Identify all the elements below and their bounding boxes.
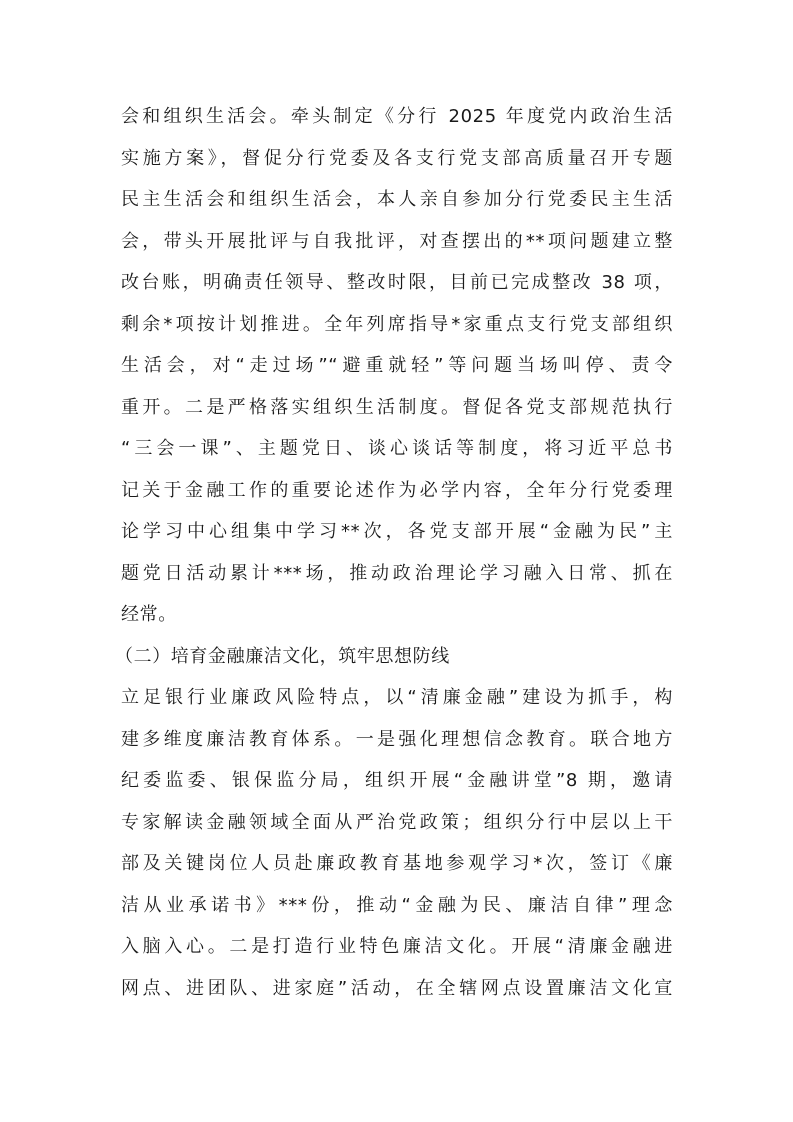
text-line: 部及关键岗位人员赴廉政教育基地参观学习*次，签订《廉 (121, 843, 673, 885)
text-line: 入脑入心。二是打造行业特色廉洁文化。开展“清廉金融进 (121, 926, 673, 968)
text-line: 网点、进团队、进家庭”活动，在全辖网点设置廉洁文化宣 (121, 968, 673, 1010)
text-line: 经常。 (121, 594, 673, 636)
section-heading: （二）培育金融廉洁文化，筑牢思想防线 (115, 636, 673, 678)
text-line: 会和组织生活会。牵头制定《分行 2025 年度党内政治生活 (121, 96, 673, 138)
text-line: 民主生活会和组织生活会，本人亲自参加分行党委民主生活 (121, 179, 673, 221)
document-body: 会和组织生活会。牵头制定《分行 2025 年度党内政治生活 实施方案》，督促分行… (121, 96, 673, 1009)
text-line: 生活会，对“走过场”“避重就轻”等问题当场叫停、责令 (121, 345, 673, 387)
text-line: 题党日活动累计***场，推动政治理论学习融入日常、抓在 (121, 553, 673, 595)
text-line: 重开。二是严格落实组织生活制度。督促各党支部规范执行 (121, 387, 673, 429)
text-line: 洁从业承诺书》***份，推动“金融为民、廉洁自律”理念 (121, 885, 673, 927)
text-line: 立足银行业廉政风险特点，以“清廉金融”建设为抓手，构 (121, 677, 673, 719)
text-line: 专家解读金融领域全面从严治党政策；组织分行中层以上干 (121, 802, 673, 844)
text-line: 记关于金融工作的重要论述作为必学内容，全年分行党委理 (121, 470, 673, 512)
text-line: 论学习中心组集中学习**次，各党支部开展“金融为民”主 (121, 511, 673, 553)
document-page: 会和组织生活会。牵头制定《分行 2025 年度党内政治生活 实施方案》，督促分行… (0, 0, 793, 1122)
text-line: 会，带头开展批评与自我批评，对查摆出的**项问题建立整 (121, 221, 673, 263)
text-line: 实施方案》，督促分行党委及各支行党支部高质量召开专题 (121, 138, 673, 180)
text-line: 纪委监委、银保监分局，组织开展“金融讲堂”8 期，邀请 (121, 760, 673, 802)
text-line: “三会一课”、主题党日、谈心谈话等制度，将习近平总书 (121, 428, 673, 470)
text-line: 建多维度廉洁教育体系。一是强化理想信念教育。联合地方 (121, 719, 673, 761)
text-line: 剩余*项按计划推进。全年列席指导*家重点支行党支部组织 (121, 304, 673, 346)
text-line: 改台账，明确责任领导、整改时限，目前已完成整改 38 项， (121, 262, 673, 304)
